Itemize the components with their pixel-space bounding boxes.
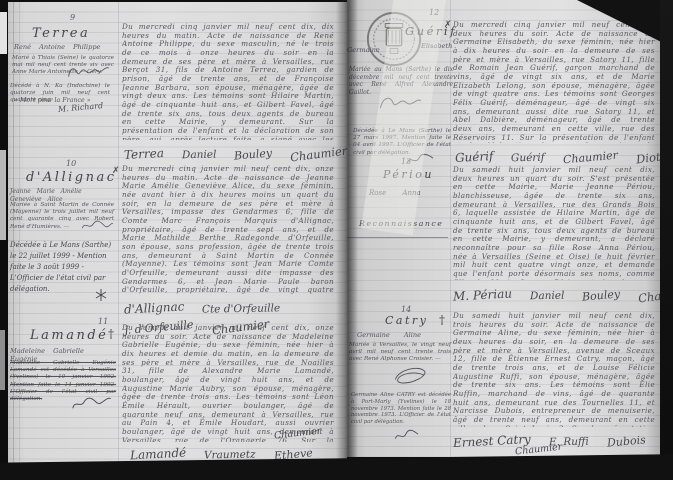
signature-scribble [392,426,420,444]
scan-background-edge [660,0,673,480]
margin-death-note: Décédée à Le Mans (Sarthe) le 22 juillet… [10,240,112,295]
entry-given-names: René Antoine Philippe [14,43,118,51]
entry-body-text: Du mercredi cinq janvier mil neuf cent d… [453,21,655,143]
register-page-left: 9 Terrea René Antoine Philippe Marié à T… [8,2,347,463]
signature-scribble [390,362,430,388]
signature-row: M. PériauDanielBouleyChaumier [453,284,659,303]
entry-number: 11 [98,317,108,326]
signature: Chaumier [563,149,619,167]
entry-surname: d'Allignac [26,170,116,185]
margin-divider-line [347,237,448,238]
signature: Bouley [234,146,273,162]
signature: Guérif [511,152,545,165]
entry-body-text: Du mercredi cinq janvier mil neuf cent d… [122,165,334,295]
signature-scribble [79,217,114,234]
cross-mark: † [439,313,445,327]
entry-number: 9 [70,13,75,22]
page-edge-fragment [0,150,6,240]
signature-row: TerreaDanielBouleyChaumier [124,143,338,162]
signature: Daniel [182,149,217,162]
signature: Diotret [635,148,662,167]
signature: Guérif [455,149,494,165]
signature-row: GuérifGuérifChaumierDiotret [455,146,659,165]
entry-given-names: Germaine Aline [357,331,447,339]
signature: M. Périau [453,286,513,303]
signature: Terrea [124,146,165,162]
page-edge-fragment [0,12,7,54]
margin-rule [118,2,119,463]
entry-body-text: Du mercredi cinq janvier mil neuf cent d… [122,23,334,140]
entry-surname: Catry [385,314,428,327]
entry-body-text: Du samedi huit janvier mil neuf cent dix… [453,166,655,280]
entry-body-text: Du samedi huit janvier mil neuf cent dix… [453,312,655,427]
entry-surname: Lamandé [30,328,108,343]
entry-number: 10 [66,159,76,168]
asterisk-mark [94,288,108,302]
signature: Dubois [606,433,646,449]
signature: d'Allignac [124,299,185,316]
margin-death-note: Germaine Aline CATRY est décédée à Port-… [351,392,451,426]
cross-mark: † [108,327,114,341]
page-edge-fragment [0,330,5,390]
signature: Bouley [582,287,621,303]
entry-number: 14 [401,305,411,314]
entry-body-text: Du samedi huit janvier mil neuf cent dix… [122,324,334,442]
signature: Chaumier [638,285,662,306]
scanned-register-spread: 9 Terrea René Antoine Philippe Marié à T… [0,0,673,480]
signature: Cte d'Orfeuille [202,302,280,315]
signature: Daniel [530,290,565,303]
signature: Lamandé [130,446,187,463]
margin-marriage-note: Mariée à Versailles, le vingt neuf avril… [349,342,451,364]
cross-mark: ✗ [112,166,120,176]
entry-surname: Terrea [32,26,90,41]
cross-mark: ✗ [444,20,452,30]
binding-gutter-shadow [336,0,358,463]
